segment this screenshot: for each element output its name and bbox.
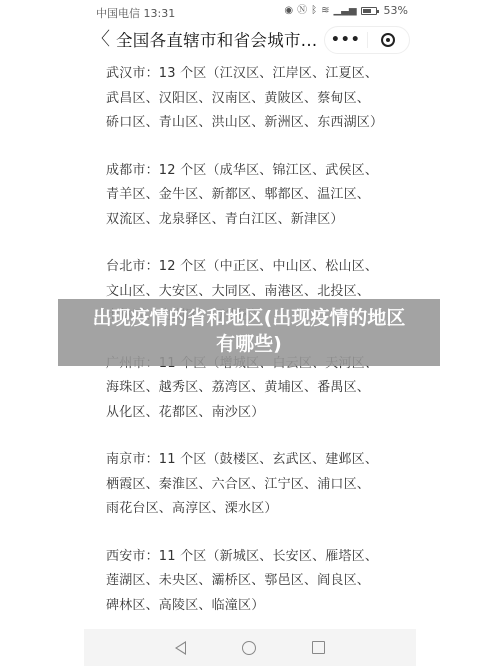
paragraph-line: 西安市：11 个区（新城区、长安区、雁塔区、 <box>106 545 406 570</box>
city-block-chengdu: 成都市：12 个区（成华区、锦江区、武侯区、 青羊区、金牛区、新都区、郫都区、温… <box>106 159 406 233</box>
paragraph-line: 海珠区、越秀区、荔湾区、黄埔区、番禺区、 <box>106 376 406 401</box>
carrier-time: 中国电信 13:31 <box>96 5 175 21</box>
paragraph-line: 南京市：11 个区（鼓楼区、玄武区、建邺区、 <box>106 448 406 473</box>
nav-back-triangle-icon[interactable] <box>175 641 186 655</box>
nav-recent-square-icon[interactable] <box>312 641 325 654</box>
paragraph-line: 双流区、龙泉驿区、青白江区、新津区） <box>106 208 406 233</box>
paragraph-line: 雨花台区、高淳区、溧水区） <box>106 497 406 522</box>
paragraph-line: 硚口区、青山区、洪山区、新洲区、东西湖区） <box>106 111 406 136</box>
banner-line-2: 有哪些) <box>58 331 440 357</box>
back-chevron-icon[interactable]: 〈 <box>92 30 110 50</box>
title-overlay-banner: 出现疫情的省和地区(出现疫情的地区 有哪些) <box>58 299 440 366</box>
paragraph-line: 青羊区、金牛区、新都区、郫都区、温江区、 <box>106 183 406 208</box>
city-block-wuhan: 武汉市：13 个区（江汉区、江岸区、江夏区、 武昌区、汉阳区、汉南区、黄陂区、蔡… <box>106 62 406 136</box>
paragraph-line: 成都市：12 个区（成华区、锦江区、武侯区、 <box>106 159 406 184</box>
nfc-icon: Ⓝ <box>297 5 307 17</box>
more-options-button[interactable]: ••• <box>325 33 367 47</box>
banner-line-1: 出现疫情的省和地区(出现疫情的地区 <box>58 305 440 331</box>
nav-home-circle-icon[interactable] <box>242 641 256 655</box>
mini-program-header: 〈 全国各直辖市和省会城市... ••• <box>84 24 416 58</box>
city-block-xian: 西安市：11 个区（新城区、长安区、雁塔区、 莲湖区、未央区、灞桥区、鄠邑区、阎… <box>106 545 406 619</box>
paragraph-line: 武汉市：13 个区（江汉区、江岸区、江夏区、 <box>106 62 406 87</box>
wifi-icon: ≋ <box>321 5 329 17</box>
paragraph-line: 武昌区、汉阳区、汉南区、黄陂区、蔡甸区、 <box>106 87 406 112</box>
paragraph-line: 莲湖区、未央区、灞桥区、鄠邑区、阎良区、 <box>106 569 406 594</box>
android-nav-bar <box>84 629 416 666</box>
close-mini-program-button[interactable] <box>367 33 409 47</box>
capsule-menu: ••• <box>324 26 410 54</box>
bluetooth-icon: ᛒ <box>311 5 317 17</box>
status-icons: ◉ Ⓝ ᛒ ≋ ▁▃▅ 53% <box>284 4 408 17</box>
page-title: 全国各直辖市和省会城市... <box>116 31 317 51</box>
eye-icon: ◉ <box>284 5 293 17</box>
signal-icon: ▁▃▅ <box>333 5 356 17</box>
status-bar: 中国电信 13:31 ◉ Ⓝ ᛒ ≋ ▁▃▅ 53% <box>84 0 416 22</box>
city-block-nanjing: 南京市：11 个区（鼓楼区、玄武区、建邺区、 栖霞区、秦淮区、六合区、江宁区、浦… <box>106 448 406 522</box>
paragraph-line: 从化区、花都区、南沙区） <box>106 401 406 426</box>
battery-percent: 53% <box>384 4 408 17</box>
paragraph-line: 台北市：12 个区（中正区、中山区、松山区、 <box>106 255 406 280</box>
paragraph-line: 栖霞区、秦淮区、六合区、江宁区、浦口区、 <box>106 473 406 498</box>
target-close-icon <box>381 33 395 47</box>
paragraph-line: 碑林区、高陵区、临潼区） <box>106 594 406 619</box>
battery-icon <box>361 7 377 15</box>
